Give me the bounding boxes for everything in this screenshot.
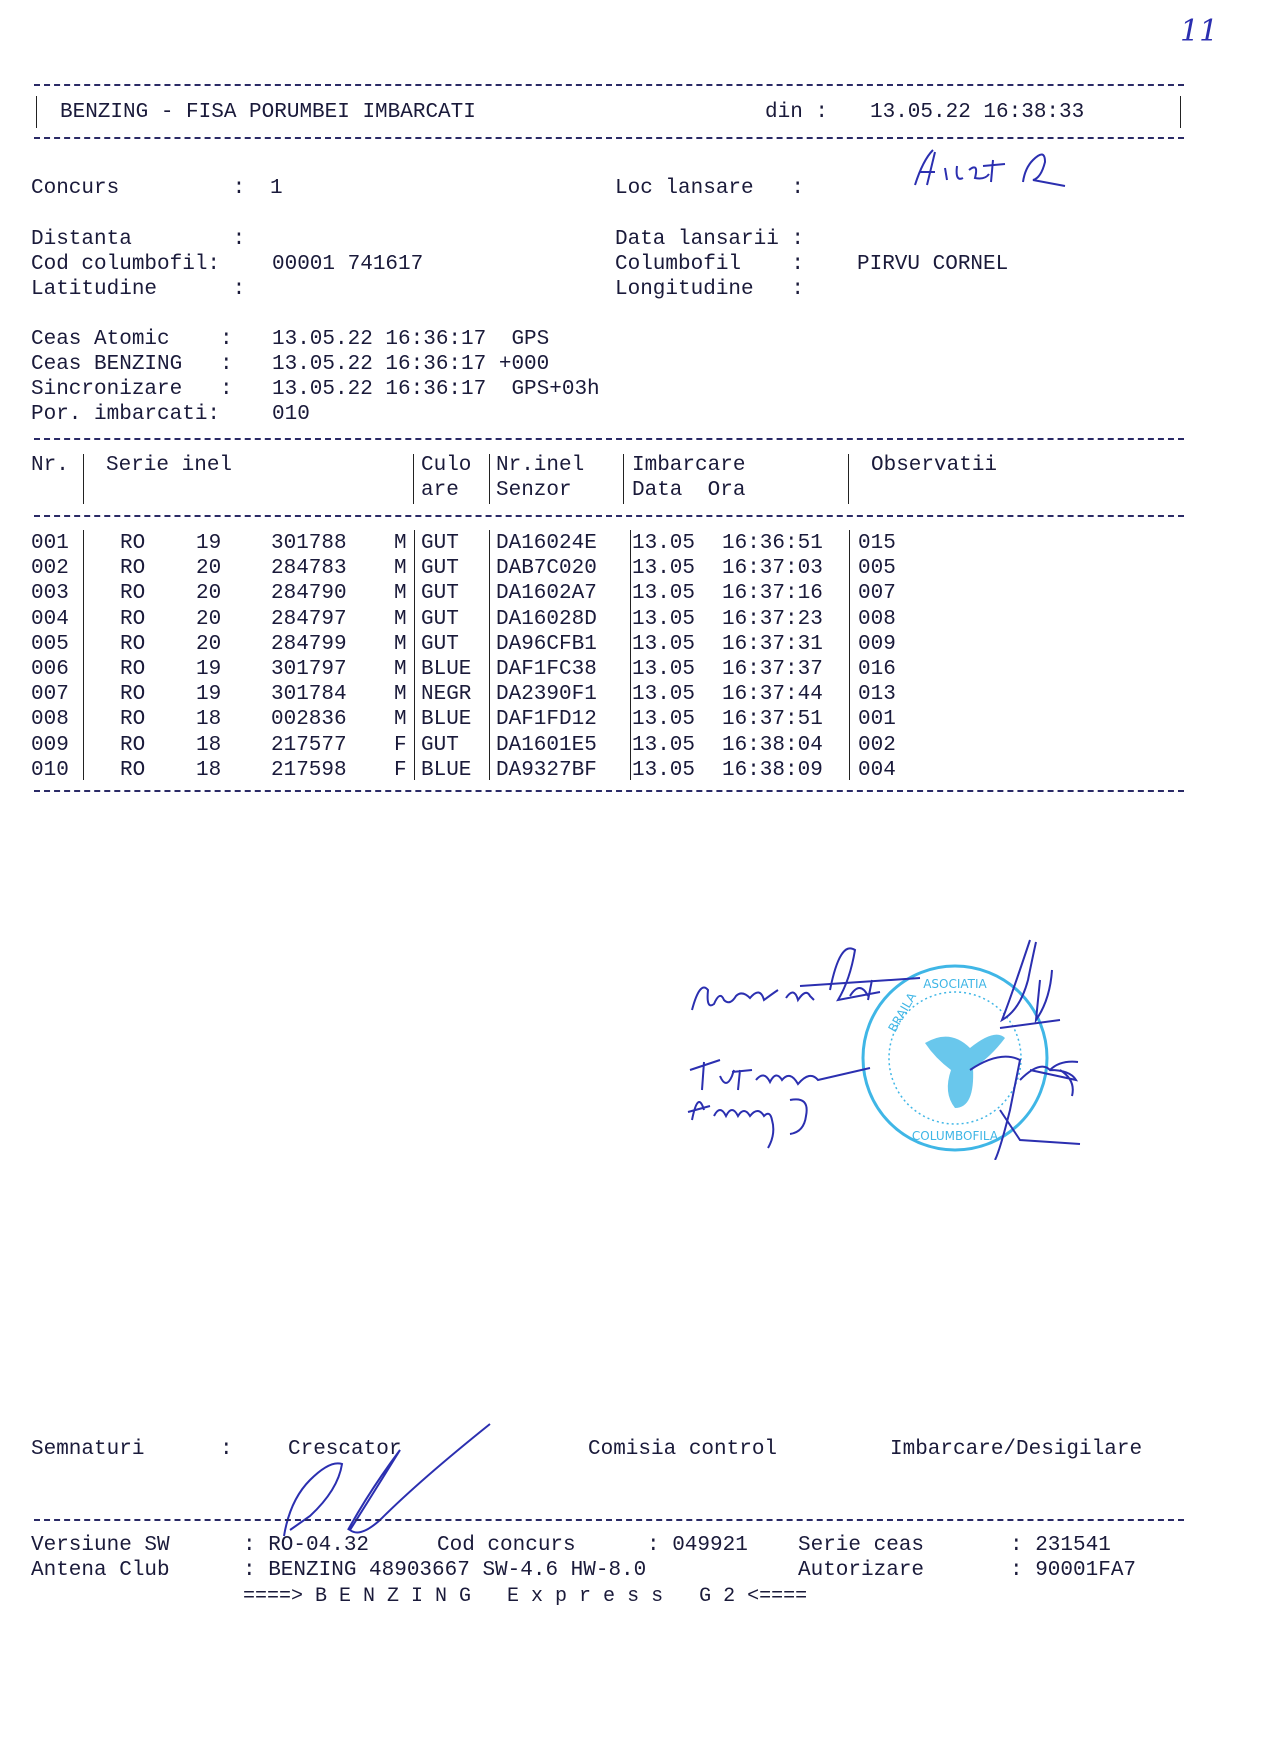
- cell-country: RO: [120, 657, 145, 682]
- cell-color: GUT: [421, 581, 459, 606]
- cod-concurs-label: Cod concurs: [437, 1533, 576, 1558]
- cell-observatii: 013: [858, 682, 896, 707]
- cell-country: RO: [120, 733, 145, 758]
- cell-nr: 002: [31, 556, 69, 581]
- cell-nr: 007: [31, 682, 69, 707]
- cell-observatii: 001: [858, 707, 896, 732]
- antena-club-label: Antena Club: [31, 1558, 170, 1583]
- col-sep: [414, 530, 415, 780]
- cell-sensor: DA9327BF: [496, 758, 597, 783]
- cell-color: GUT: [421, 531, 459, 556]
- autorizare-value: : 90001FA7: [1010, 1558, 1136, 1583]
- cell-ring: 284783: [271, 556, 347, 581]
- cell-nr: 005: [31, 632, 69, 657]
- cell-year: 19: [196, 657, 221, 682]
- col-sep: [83, 454, 84, 504]
- cell-observatii: 004: [858, 758, 896, 783]
- cell-ring: 284790: [271, 581, 347, 606]
- cell-time: 16:37:44: [722, 682, 823, 707]
- cell-country: RO: [120, 607, 145, 632]
- cell-sensor: DA1601E5: [496, 733, 597, 758]
- cell-sensor: DA1602A7: [496, 581, 597, 606]
- cell-nr: 006: [31, 657, 69, 682]
- cell-observatii: 002: [858, 733, 896, 758]
- din-label: din :: [765, 100, 828, 125]
- cell-color: BLUE: [421, 707, 471, 732]
- page-number-handwritten: 11: [1180, 14, 1218, 49]
- cell-year: 18: [196, 758, 221, 783]
- benzing-express-banner: ====> B E N Z I N G E x p r e s s G 2 <=…: [243, 1585, 807, 1609]
- cell-ring: 301797: [271, 657, 347, 682]
- commission-handwritten-names: [680, 920, 1120, 1160]
- clock-label: Ceas BENZING :: [31, 352, 233, 377]
- cell-year: 20: [196, 632, 221, 657]
- col-header-nr: Nr.: [31, 453, 69, 478]
- loc-lansare-label: Loc lansare :: [615, 176, 804, 201]
- cell-observatii: 005: [858, 556, 896, 581]
- col-header-senzor: Senzor: [496, 478, 572, 503]
- cell-observatii: 015: [858, 531, 896, 556]
- cell-color: BLUE: [421, 657, 471, 682]
- cell-color: NEGR: [421, 682, 471, 707]
- cell-sensor: DAF1FC38: [496, 657, 597, 682]
- col-header-nr-inel: Nr.inel: [496, 453, 584, 478]
- cell-time: 16:37:23: [722, 607, 823, 632]
- cod-columbofil-label: Cod columbofil:: [31, 252, 220, 277]
- serie-ceas-label: Serie ceas: [798, 1533, 924, 1558]
- clock-label: Sincronizare :: [31, 377, 233, 402]
- clock-label: Ceas Atomic :: [31, 327, 233, 352]
- cell-sex: M: [394, 607, 407, 632]
- col-sep: [630, 530, 631, 780]
- divider: [34, 1519, 1184, 1521]
- cell-sex: M: [394, 556, 407, 581]
- clock-value: 13.05.22 16:36:17 +000: [272, 352, 549, 377]
- cell-time: 16:37:31: [722, 632, 823, 657]
- col-header-observatii: Observatii: [871, 453, 997, 478]
- cell-date: 13.05: [632, 607, 695, 632]
- cell-ring: 284799: [271, 632, 347, 657]
- cell-observatii: 009: [858, 632, 896, 657]
- divider: [34, 137, 1184, 139]
- cell-country: RO: [120, 556, 145, 581]
- cell-sex: M: [394, 707, 407, 732]
- cell-ring: 301784: [271, 682, 347, 707]
- clock-label: Por. imbarcati:: [31, 402, 220, 427]
- cell-sex: M: [394, 531, 407, 556]
- serie-ceas-value: : 231541: [1010, 1533, 1111, 1558]
- cod-columbofil-value: 00001 741617: [272, 252, 423, 277]
- cell-observatii: 008: [858, 607, 896, 632]
- cell-country: RO: [120, 632, 145, 657]
- cell-sensor: DAF1FD12: [496, 707, 597, 732]
- col-header-imbarcare: Imbarcare: [632, 453, 745, 478]
- col-sep: [848, 454, 849, 504]
- cell-year: 18: [196, 733, 221, 758]
- col-sep: [413, 454, 414, 504]
- cell-ring: 217598: [271, 758, 347, 783]
- latitudine-label: Latitudine :: [31, 277, 245, 302]
- cell-color: GUT: [421, 607, 459, 632]
- cell-country: RO: [120, 707, 145, 732]
- cell-date: 13.05: [632, 682, 695, 707]
- cell-sex: M: [394, 657, 407, 682]
- cell-sex: F: [394, 758, 407, 783]
- cell-date: 13.05: [632, 657, 695, 682]
- cell-date: 13.05: [632, 556, 695, 581]
- cell-sex: M: [394, 632, 407, 657]
- col-header-serie-inel: Serie inel: [106, 453, 232, 478]
- concurs-label: Concurs :: [31, 176, 245, 201]
- cell-country: RO: [120, 581, 145, 606]
- header-left-border: [36, 96, 37, 128]
- divider: [34, 438, 1184, 440]
- versiune-sw-value: : RO-04.32: [243, 1533, 369, 1558]
- autorizare-label: Autorizare: [798, 1558, 924, 1583]
- cell-year: 18: [196, 707, 221, 732]
- cod-concurs-value: : 049921: [647, 1533, 748, 1558]
- cell-time: 16:37:03: [722, 556, 823, 581]
- cell-time: 16:37:51: [722, 707, 823, 732]
- cell-color: GUT: [421, 632, 459, 657]
- cell-observatii: 007: [858, 581, 896, 606]
- divider: [34, 790, 1184, 792]
- loc-lansare-handwritten: [905, 140, 1085, 200]
- cell-sex: M: [394, 682, 407, 707]
- cell-time: 16:38:09: [722, 758, 823, 783]
- cell-date: 13.05: [632, 758, 695, 783]
- longitudine-label: Longitudine :: [615, 277, 804, 302]
- cell-year: 20: [196, 581, 221, 606]
- semnaturi-label: Semnaturi :: [31, 1437, 233, 1462]
- cell-time: 16:37:16: [722, 581, 823, 606]
- divider: [34, 84, 1184, 86]
- col-sep: [849, 530, 850, 780]
- cell-nr: 004: [31, 607, 69, 632]
- cell-year: 20: [196, 556, 221, 581]
- clock-value: 13.05.22 16:36:17 GPS: [272, 327, 549, 352]
- crescator-signature: [270, 1420, 500, 1540]
- cell-ring: 284797: [271, 607, 347, 632]
- cell-time: 16:36:51: [722, 531, 823, 556]
- col-sep: [623, 454, 624, 504]
- cell-date: 13.05: [632, 531, 695, 556]
- cell-year: 19: [196, 531, 221, 556]
- columbofil-value: PIRVU CORNEL: [857, 252, 1008, 277]
- cell-sensor: DA16024E: [496, 531, 597, 556]
- cell-country: RO: [120, 682, 145, 707]
- col-sep: [489, 454, 490, 504]
- cell-date: 13.05: [632, 632, 695, 657]
- cell-ring: 217577: [271, 733, 347, 758]
- comisia-control-label: Comisia control: [588, 1437, 777, 1462]
- antena-club-value: : BENZING 48903667 SW-4.6 HW-8.0: [243, 1558, 646, 1583]
- cell-sensor: DA16028D: [496, 607, 597, 632]
- col-header-data-ora: Data Ora: [632, 478, 745, 503]
- cell-color: GUT: [421, 556, 459, 581]
- cell-country: RO: [120, 758, 145, 783]
- cell-time: 16:37:37: [722, 657, 823, 682]
- clock-value: 010: [272, 402, 310, 427]
- cell-sensor: DA2390F1: [496, 682, 597, 707]
- cell-observatii: 016: [858, 657, 896, 682]
- clock-value: 13.05.22 16:36:17 GPS+03h: [272, 377, 600, 402]
- cell-date: 13.05: [632, 733, 695, 758]
- distanta-label: Distanta :: [31, 227, 245, 252]
- concurs-value: 1: [270, 176, 283, 201]
- cell-sensor: DAB7C020: [496, 556, 597, 581]
- data-lansarii-label: Data lansarii :: [615, 227, 804, 252]
- col-sep: [489, 530, 490, 780]
- cell-nr: 010: [31, 758, 69, 783]
- col-sep: [83, 530, 84, 780]
- cell-ring: 002836: [271, 707, 347, 732]
- cell-nr: 009: [31, 733, 69, 758]
- cell-ring: 301788: [271, 531, 347, 556]
- cell-date: 13.05: [632, 581, 695, 606]
- document-title: BENZING - FISA PORUMBEI IMBARCATI: [60, 100, 476, 125]
- cell-nr: 003: [31, 581, 69, 606]
- cell-sex: M: [394, 581, 407, 606]
- cell-sensor: DA96CFB1: [496, 632, 597, 657]
- cell-color: BLUE: [421, 758, 471, 783]
- cell-time: 16:38:04: [722, 733, 823, 758]
- cell-nr: 008: [31, 707, 69, 732]
- col-header-culoare: Culo: [421, 453, 471, 478]
- versiune-sw-label: Versiune SW: [31, 1533, 170, 1558]
- header-right-border: [1180, 96, 1181, 128]
- cell-sex: F: [394, 733, 407, 758]
- cell-date: 13.05: [632, 707, 695, 732]
- cell-color: GUT: [421, 733, 459, 758]
- cell-year: 20: [196, 607, 221, 632]
- cell-year: 19: [196, 682, 221, 707]
- cell-country: RO: [120, 531, 145, 556]
- imbarcare-desigilare-label: Imbarcare/Desigilare: [890, 1437, 1142, 1462]
- din-value: 13.05.22 16:38:33: [870, 100, 1084, 125]
- col-header-culoare-2: are: [421, 478, 459, 503]
- columbofil-label: Columbofil :: [615, 252, 804, 277]
- divider: [34, 515, 1184, 517]
- cell-nr: 001: [31, 531, 69, 556]
